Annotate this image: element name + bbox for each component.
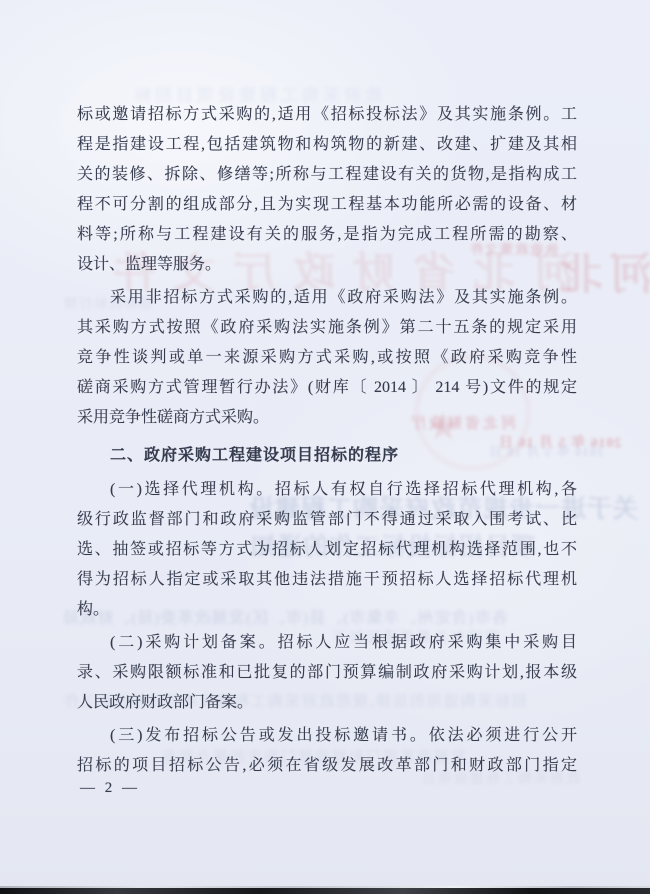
text-line: 磋商采购方式管理暂行办法》(财库〔 2014 〕 214 号)文件的规定 [77,373,577,403]
text-line: 采用竞争性磋商方式采购。 [77,403,577,433]
text-line: (三)发布招标公告或发出投标邀请书。依法必须进行公开 [77,721,577,751]
text-line: 选、抽签或招标等方式为招标人划定招标代理机构选择范围,也不 [77,535,577,565]
text-line: 采用非招标方式采购的,适用《政府采购法》及其实施条例。 [77,283,577,313]
para-non-tender-procurement: 采用非招标方式采购的,适用《政府采购法》及其实施条例。其采购方式按照《政府采购法… [77,283,577,433]
text-line: 料等;所称与工程建设有关的服务,是指为完成工程所需的勘察、 [77,220,577,250]
text-line: 其采购方式按照《政府采购法实施条例》第二十五条的规定采用 [77,313,577,343]
text-line: (二)采购计划备案。招标人应当根据政府采购集中采购目 [77,628,577,658]
text-line: 竞争性谈判或单一来源采购方式采购,或按照《政府采购竞争性 [77,343,577,373]
text-line: 标或邀请招标方式采购的,适用《招标投标法》及其实施条例。工 [77,100,577,130]
text-line: (一)选择代理机构。招标人有权自行选择招标代理机构,各 [77,475,577,505]
page-number: — 2 — [80,780,140,797]
text-line: 程是指建设工程,包括建筑物和构筑物的新建、改建、扩建及其相 [77,130,577,160]
scanned-document-page: 政府采购工程建设项目招标河北省财政厅文件河北执收政策文件招标投标行情★河北省财政… [0,0,650,894]
para-item-3-announcement: (三)发布招标公告或发出投标邀请书。依法必须进行公开招标的项目招标公告,必须在省… [77,721,577,781]
section-heading-procedures: 二、政府采购工程建设项目招标的程序 [77,441,577,471]
para-item-2-plan-filing: (二)采购计划备案。招标人应当根据政府采购集中采购目录、采购限额标准和已批复的部… [77,628,577,718]
scan-bottom-edge [0,888,650,894]
text-line: 程不可分割的组成部分,且为实现工程基本功能所必需的设备、材 [77,190,577,220]
text-line: 级行政监督部门和政府采购监管部门不得通过采取入围考试、比 [77,505,577,535]
text-line: 录、采购限额标准和已批复的部门预算编制政府采购计划,报本级 [77,658,577,688]
para-scope-of-works: 标或邀请招标方式采购的,适用《招标投标法》及其实施条例。工程是指建设工程,包括建… [77,100,577,280]
text-line: 招标的项目招标公告,必须在省级发展改革部门和财政部门指定 [77,751,577,781]
para-item-1-agency-selection: (一)选择代理机构。招标人有权自行选择招标代理机构,各级行政监督部门和政府采购监… [77,475,577,625]
text-line: 关的装修、拆除、修缮等;所称与工程建设有关的货物,是指构成工 [77,160,577,190]
document-body: 标或邀请招标方式采购的,适用《招标投标法》及其实施条例。工程是指建设工程,包括建… [77,100,577,784]
text-line: 设计、监理等服务。 [77,250,577,280]
text-line: 构。 [77,595,577,625]
section-heading: 二、政府采购工程建设项目招标的程序 [77,441,577,471]
text-line: 得为招标人指定或采取其他违法措施干预招标人选择招标代理机 [77,565,577,595]
text-line: 人民政府财政部门备案。 [77,688,577,718]
